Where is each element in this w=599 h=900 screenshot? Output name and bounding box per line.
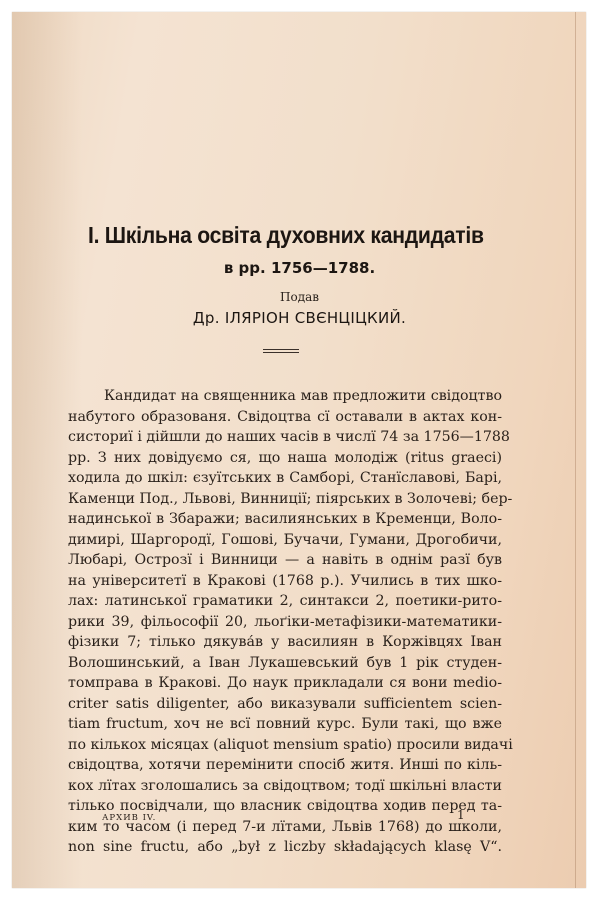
body-line: томправа в Кракові. До наук прикладали с… [68,673,502,694]
body-line: свідоцтва, хотячи перемінити спосіб житя… [68,755,502,776]
body-line: лах: латинської граматики 2, синтакси 2,… [68,591,502,612]
body-line: Волошинський, а Іван Лукашевський був 1 … [68,653,502,674]
body-line: надинської в Збаражи; василиянських в Кр… [68,509,502,530]
body-line: Любарі, Острозї і Винници — а навіть в о… [68,550,502,571]
body-line: non sine fructu, або „był z liczby skład… [68,837,502,858]
body-line: на університетї в Кракові (1768 р.). Учи… [68,571,502,592]
article-subtitle-years: в рр. 1756—1788. [0,259,599,277]
body-line: систориї і дійшли до наших часів в числї… [68,427,502,448]
article-body: Кандидат на священника мав предложити св… [68,386,502,858]
printer-signature-mark: АРХИВ IV. [102,813,156,823]
body-line: кох лїтах зголошались за свідоцтвом; тод… [68,776,502,797]
body-line: Кандидат на священника мав предложити св… [68,386,502,407]
body-line: набутого образованя. Свідоцтва сї остава… [68,407,502,428]
page-fold-line [575,12,576,888]
body-line: criter satis diligenter, або виказували … [68,694,502,715]
page-number: 1 [457,808,465,822]
byline-label: Подав [0,290,599,304]
body-line: Каменци Под., Львові, Винниції; піярськи… [68,489,502,510]
body-line: ходила до шкіл: єзуїтських в Самборі, Ст… [68,468,502,489]
body-line: рики 39, фільософії 20, льоґіки-метафізи… [68,612,502,633]
double-rule-divider [263,349,299,350]
author-name: Др. ІЛЯРІОН СВЄНЦІЦКИЙ. [0,309,599,327]
body-line: по кількох місяцах (aliquot mensium spat… [68,735,502,756]
body-line: tiam fructum, хоч не всї повний курс. Бу… [68,714,502,735]
article-title: I. Шкільна освіта духовних кандидатів [88,222,456,249]
body-line: фізики 7; тілько дякува́в у василиян в К… [68,632,502,653]
body-line: димирі, Шаргородї, Гошові, Бучачи, Гуман… [68,530,502,551]
body-line: рр. З них довідуємо ся, що наша молодіж … [68,448,502,469]
